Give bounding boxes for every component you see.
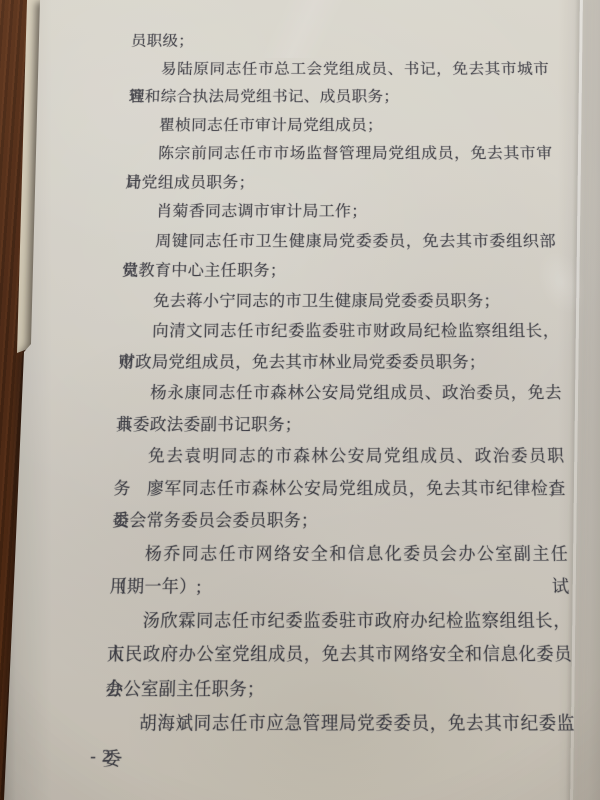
text-line: 人民政府办公室党组成员，免去其市网络安全和信息化委员会 <box>106 637 572 671</box>
paper-stack: 员职级；易陆原同志任市总工会党组成员、书记，免去其市城市管理和综合执法局党组书记… <box>0 0 600 800</box>
text-line: 易陆原同志任市总工会党组成员、书记，免去其市城市管 <box>129 55 549 83</box>
page-number: - 2 - <box>90 739 577 774</box>
text-line: 员职级； <box>130 27 548 55</box>
text-line: 免去蒋小宁同志的市卫生健康局党委委员职务； <box>120 285 558 315</box>
text-line: 局党组成员职务； <box>125 168 554 197</box>
text-line: 瞿桢同志任市审计局党组成员； <box>127 111 552 139</box>
text-lines: 员职级；易陆原同志任市总工会党组成员、书记，免去其市城市管理和综合执法局党组书记… <box>104 27 576 741</box>
text-line: 胡海斌同志任市应急管理局党委委员，免去其市纪委监委 <box>104 706 576 741</box>
photo-background: 员职级；易陆原同志任市总工会党组成员、书记，免去其市城市管理和综合执法局党组书记… <box>0 0 600 800</box>
text-line: 理和综合执法局党组书记、成员职务； <box>128 83 550 111</box>
text-line: 周键同志任市卫生健康局党委委员，免去其市委组织部党 <box>123 226 557 256</box>
text-line: 市委政法委副书记职务； <box>115 408 563 440</box>
text-line: 向清文同志任市纪委监委驻市财政局纪检监察组组长，市 <box>119 316 560 347</box>
text-line: 财政局党组成员，免去其市林业局党委委员职务； <box>118 346 561 377</box>
text-line: 廖军同志任市森林公安局党组成员，免去其市纪律检查委 <box>113 472 566 504</box>
text-line: 办公室副主任职务； <box>105 671 574 706</box>
text-line: 员会常务委员会委员职务； <box>112 504 568 537</box>
text-line: 汤欣霖同志任市纪委监委驻市政府办纪检监察组组长，市 <box>108 603 571 637</box>
text-line: 杨乔同志任市网络安全和信息化委员会办公室副主任（试 <box>110 537 568 570</box>
text-line: 肖菊香同志调市审计局工作； <box>124 197 555 226</box>
text-line: 员教育中心主任职务； <box>121 256 557 286</box>
paper-sheet: 员职级；易陆原同志任市总工会党组成员、书记，免去其市城市管理和综合执法局党组书记… <box>0 0 600 800</box>
text-line: 陈宗前同志任市市场监督管理局党组成员，免去其市审计 <box>126 139 553 168</box>
text-line: 免去袁明同志的市森林公安局党组成员、政治委员职务； <box>114 440 565 472</box>
document-text: 员职级；易陆原同志任市总工会党组成员、书记，免去其市城市管理和综合执法局党组书记… <box>102 27 576 774</box>
text-line: 杨永康同志任市森林公安局党组成员、政治委员，免去其 <box>117 377 563 408</box>
